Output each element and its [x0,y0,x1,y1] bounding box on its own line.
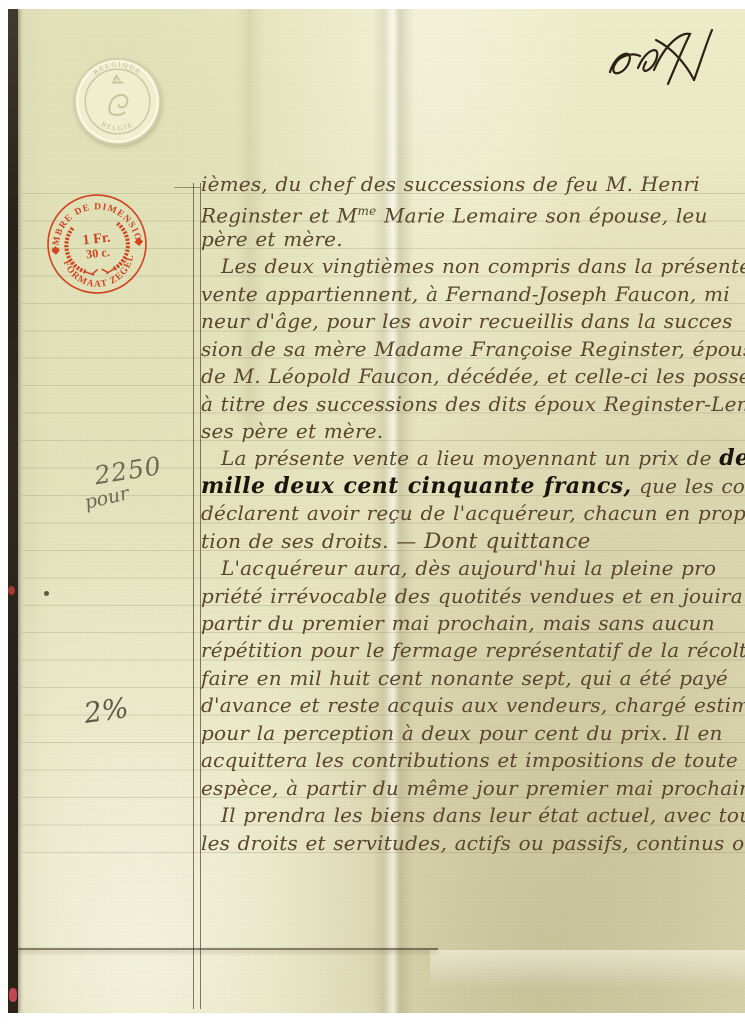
manuscript-line: père et mère. [201,226,745,253]
manuscript-line: partir du premier mai prochain, mais san… [201,610,745,637]
manuscript-line: acquittera les contributions et impositi… [201,747,745,774]
manuscript-line: espèce, à partir du même jour premier ma… [201,775,745,802]
wax-speck [8,586,15,595]
scan-edge [0,0,8,1024]
margin-rule [193,183,201,1009]
manuscript-line: La présente vente a lieu moyennant un pr… [201,445,745,472]
manuscript-line: neur d'âge, pour les avoir recueillis da… [201,308,745,335]
manuscript-line: vente appartiennent, à Fernand-Joseph Fa… [201,281,745,308]
manuscript-line: L'acquéreur aura, dès aujourd'hui la ple… [201,555,745,582]
manuscript-line: Les deux vingtièmes non compris dans la … [201,253,745,280]
manuscript-line: à titre des successions des dits époux R… [201,391,745,418]
manuscript-line: ses père et mère. [201,418,745,445]
manuscript-line: ièmes, du chef des successions de feu M.… [201,171,745,198]
manuscript-line: Reginster et Mme Marie Lemaire son épous… [201,198,745,225]
manuscript-line: faire en mil huit cent nonante sept, qui… [201,665,745,692]
manuscript-line: d'avance et reste acquis aux vendeurs, c… [201,692,745,719]
revenue-stamp: TIMBRE DE DIMENSION FORMAAT ZEGEL 1 Fr. … [41,188,153,300]
manuscript-line: sion de sa mère Madame Françoise Reginst… [201,336,745,363]
document-page: BELGIQUE BELGIE TIMBRE DE DIMENSION FORM… [0,0,745,1024]
manuscript-line: pour la perception à deux pour cent du p… [201,720,745,747]
embossed-seal-icon: BELGIQUE BELGIE [70,54,165,149]
manuscript-line: priété irrévocable des quotités vendues … [201,583,745,610]
manuscript-line: les droits et servitudes, actifs ou pass… [201,830,745,857]
scan-edge [0,1013,745,1024]
fold-highlight [430,950,745,1014]
ink-speck [44,591,49,596]
scan-edge [0,0,745,9]
paraph-flourish-icon [598,22,723,100]
margin-rule-tick [174,187,200,188]
manuscript-line: déclarent avoir reçu de l'acquéreur, cha… [201,500,745,527]
binding-edge [8,9,18,1013]
manuscript-line: tion de ses droits. — Dont quittance [201,528,745,555]
horizontal-fold-line [14,948,438,950]
wax-speck [9,988,17,1002]
manuscript-line: répétition pour le fermage représentatif… [201,637,745,664]
manuscript-line: de M. Léopold Faucon, décédée, et celle-… [201,363,745,390]
manuscript-line: mille deux cent cinquante francs, que le… [201,473,745,500]
margin-note-percent: 2% [82,691,131,730]
manuscript-text: ièmes, du chef des successions de feu M.… [201,171,745,857]
manuscript-line: Il prendra les biens dans leur état actu… [201,802,745,829]
stamp-value-centimes: 30 c. [85,245,110,261]
